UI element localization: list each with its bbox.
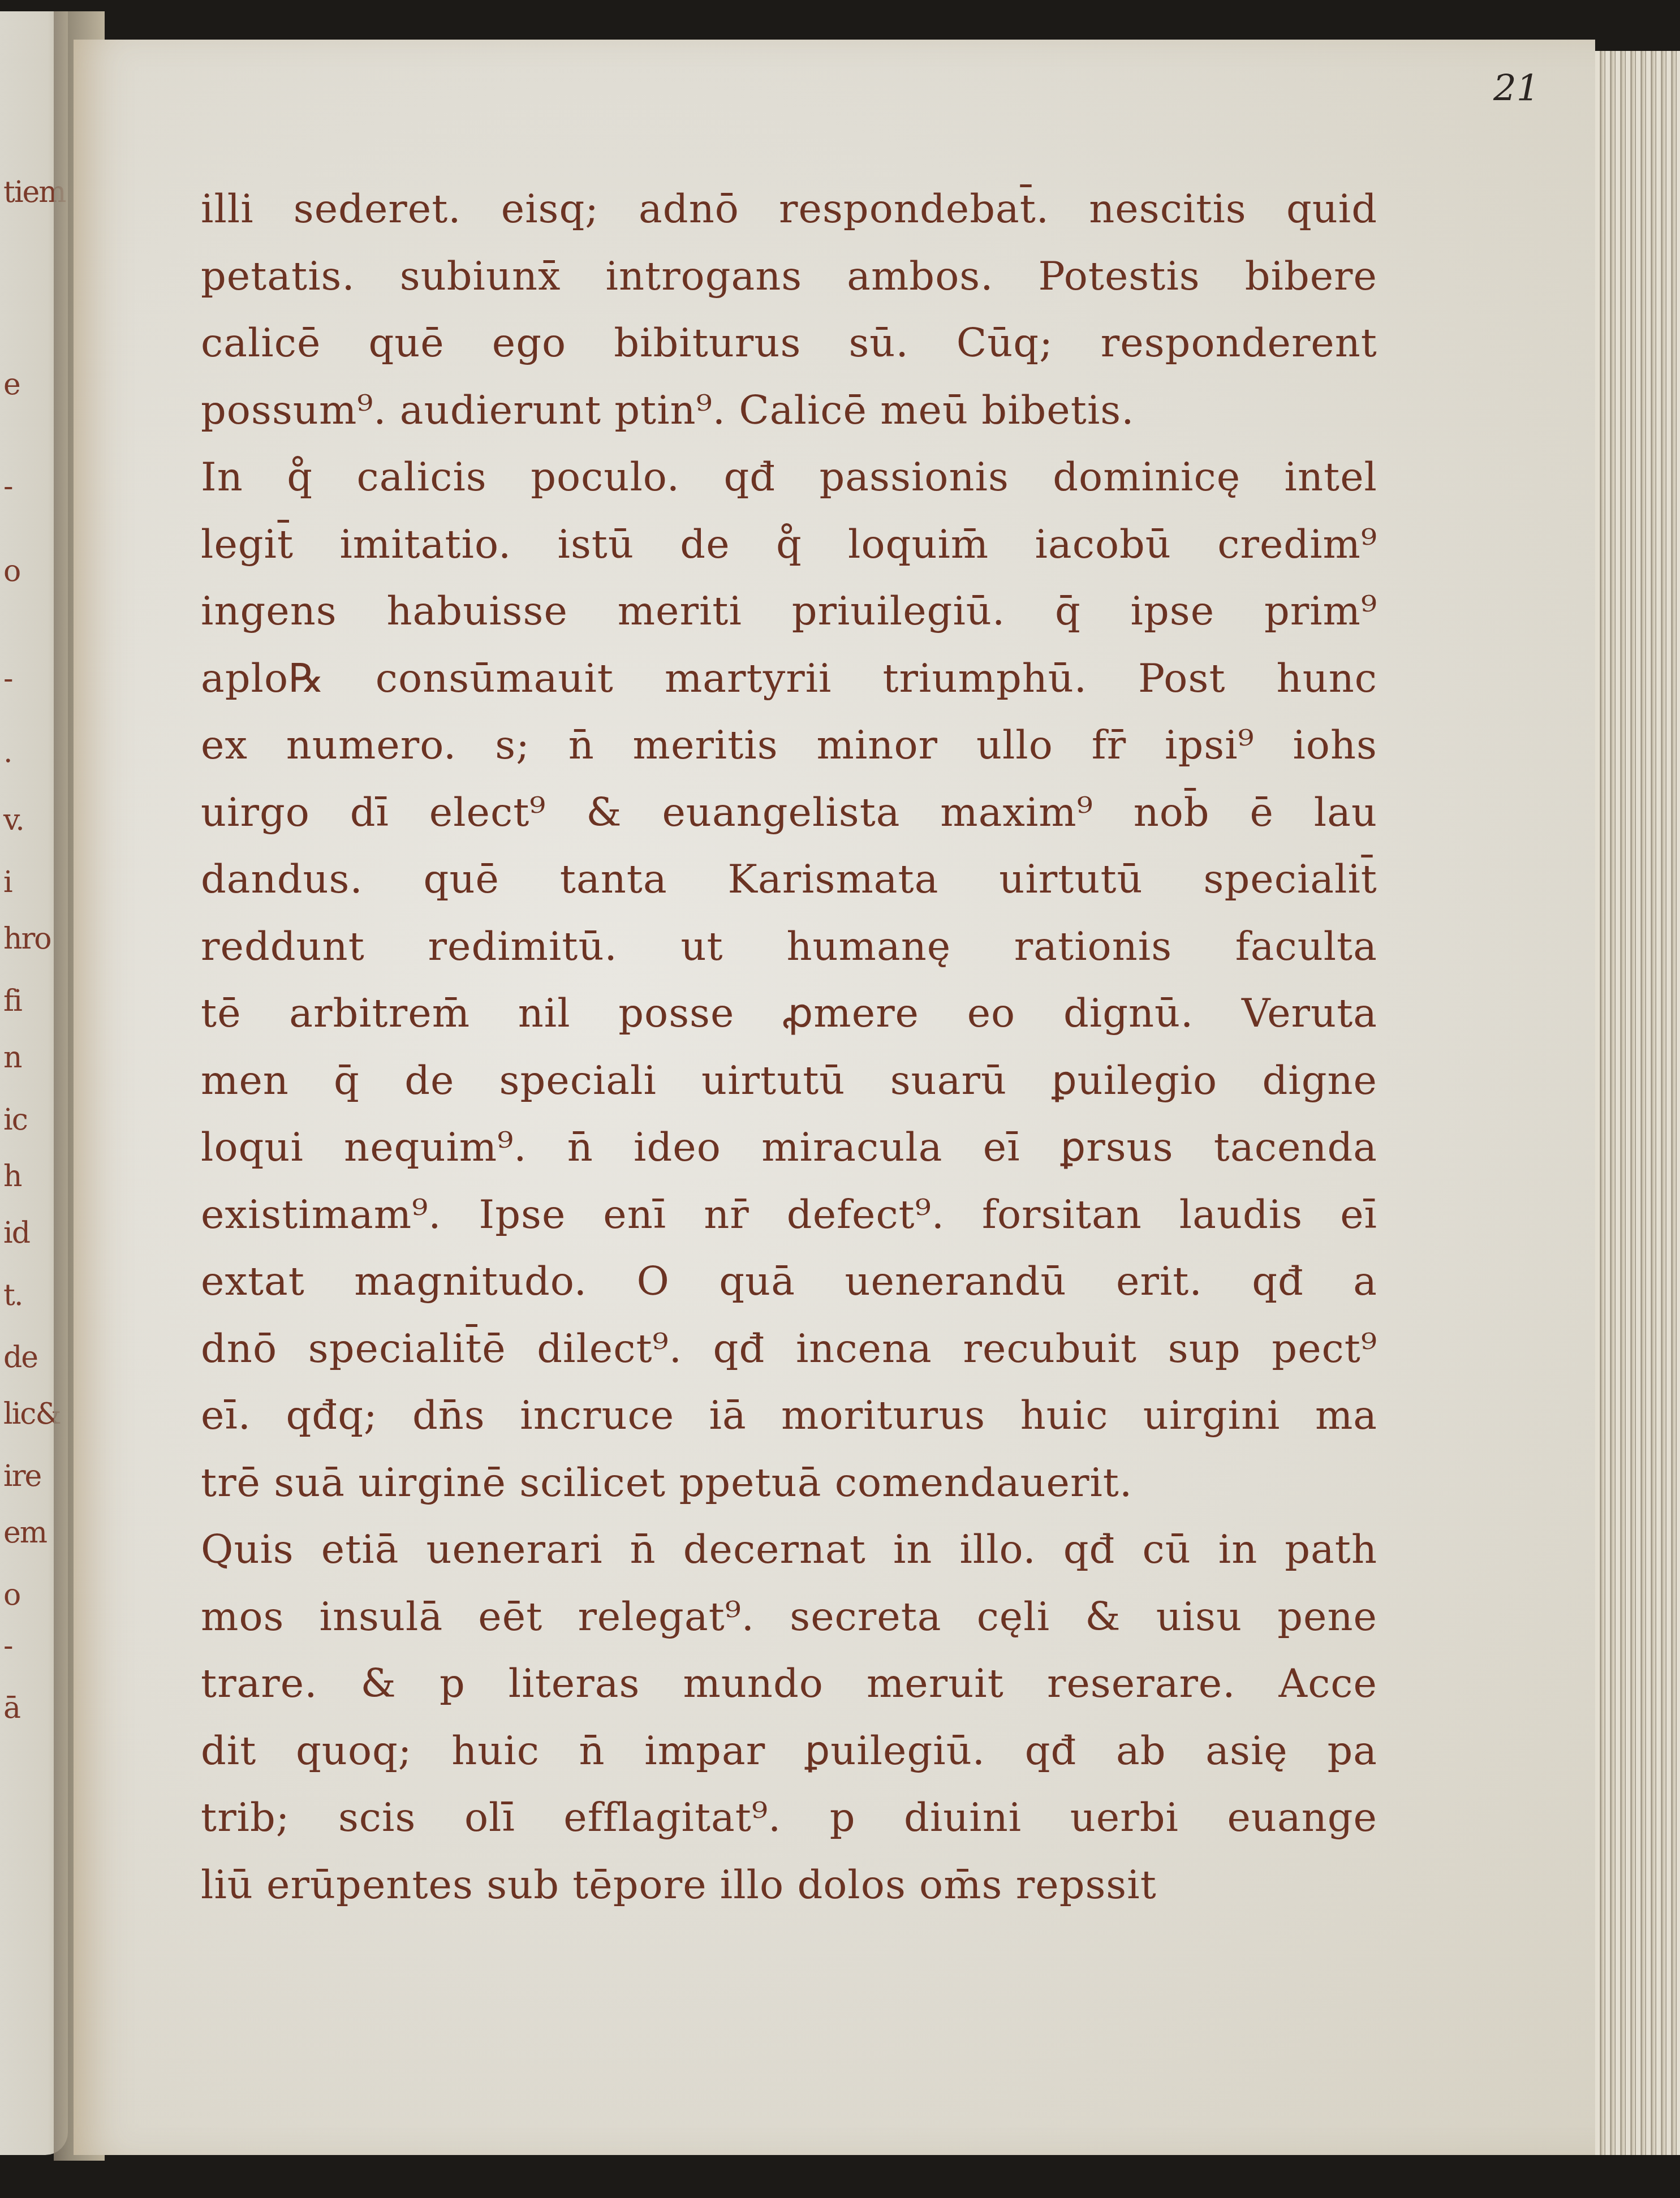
manuscript-line: mos insulā eēt relegat⁹. secreta cęli & … (201, 1583, 1377, 1650)
left-page-fragment: o (3, 1578, 20, 1612)
manuscript-line: extat magnitudo. O quā uenerandū erit. q… (201, 1248, 1377, 1315)
left-page-fragment: ic (3, 1103, 27, 1137)
manuscript-line: liū erūpentes sub tēpore illo dolos om̄s… (201, 1851, 1377, 1919)
manuscript-line: aplo℞ consūmauit martyrii triumphū. Post… (201, 645, 1377, 712)
left-page-fragment: - (3, 662, 12, 696)
manuscript-line: uirgo dī elect⁹ & euangelista maxim⁹ nob… (201, 779, 1377, 846)
left-page-fragment: hro (3, 922, 51, 956)
manuscript-line: Quis etiā uenerari n̄ decernat in illo. … (201, 1516, 1377, 1583)
left-page-fragment: - (3, 469, 12, 503)
manuscript-line: existimam⁹. Ipse enī nr̄ defect⁹. forsit… (201, 1181, 1377, 1248)
manuscript-line: eī. qđq; dn̄s incruce iā moriturus huic … (201, 1382, 1377, 1449)
left-page-fragment: fi (3, 984, 21, 1018)
manuscript-line: loqui nequim⁹. n̄ ideo miracula eī ꝑrsus… (201, 1114, 1377, 1181)
manuscript-line: dnō specialit̄ē dilect⁹. qđ incena recub… (201, 1315, 1377, 1382)
page-fore-edges (1595, 51, 1680, 2155)
left-page-fragment: h (3, 1160, 21, 1193)
left-page-fragment: em (3, 1516, 46, 1550)
left-page-fragment: v. (3, 803, 24, 837)
left-page-fragment: i (3, 865, 12, 899)
manuscript-line: men q̄ de speciali uirtutū suarū ꝑuilegi… (201, 1047, 1377, 1114)
manuscript-line: possum⁹. audierunt ptin⁹. Calicē meū bib… (201, 377, 1377, 444)
manuscript-line: calicē quē ego bibiturus sū. Cūq; respon… (201, 309, 1377, 377)
left-page-fragment: id (3, 1216, 29, 1250)
left-page-fragment: t. (3, 1278, 22, 1312)
left-page-text-fragments: tieme-o-.v.ihrofinichidt.delic&ireemo-ā (0, 11, 62, 2155)
left-page-fragment: de (3, 1341, 37, 1374)
manuscript-line: petatis. subiunx̄ introgans ambos. Potes… (201, 243, 1377, 310)
folio-number: 21 (1493, 68, 1539, 110)
manuscript-line: trare. & p literas mundo meruit reserare… (201, 1650, 1377, 1717)
left-page-fragment: . (3, 735, 12, 769)
left-page-fragment: ire (3, 1459, 41, 1493)
manuscript-line: legit̄ imitatio. istū de q̊ loquim̄ iaco… (201, 511, 1377, 578)
left-page-fragment: e (3, 368, 20, 402)
manuscript-line: In q̊ calicis poculo. qđ passionis domin… (201, 443, 1377, 511)
manuscript-line: trē suā uirginē scilicet ppetuā comendau… (201, 1449, 1377, 1516)
left-page-fragment: n (3, 1041, 21, 1075)
manuscript-line: dit quoq; huic n̄ impar ꝑuilegiū. qđ ab … (201, 1717, 1377, 1785)
manuscript-line: trib; scis olī efflagitat⁹. p diuini uer… (201, 1784, 1377, 1851)
manuscript-line: illi sederet. eisq; adnō respondebat̄. n… (201, 175, 1377, 243)
left-page-fragment: o (3, 554, 20, 588)
manuscript-line: dandus. quē tanta Karismata uirtutū spec… (201, 846, 1377, 913)
manuscript-text-block: illi sederet. eisq; adnō respondebat̄. n… (201, 175, 1377, 1918)
manuscript-line: ex numero. s; n̄ meritis minor ullo fr̄ … (201, 712, 1377, 779)
manuscript-line: tē arbitrem̄ nil posse ꝓmere eo dignū. V… (201, 980, 1377, 1047)
manuscript-line: ingens habuisse meriti priuilegiū. q̄ ip… (201, 577, 1377, 645)
left-page-fragment: ā (3, 1691, 20, 1725)
left-page-fragment: - (3, 1629, 12, 1663)
manuscript-line: reddunt redimitū. ut humanę rationis fac… (201, 913, 1377, 980)
left-page-fragment: lic& (3, 1397, 61, 1431)
